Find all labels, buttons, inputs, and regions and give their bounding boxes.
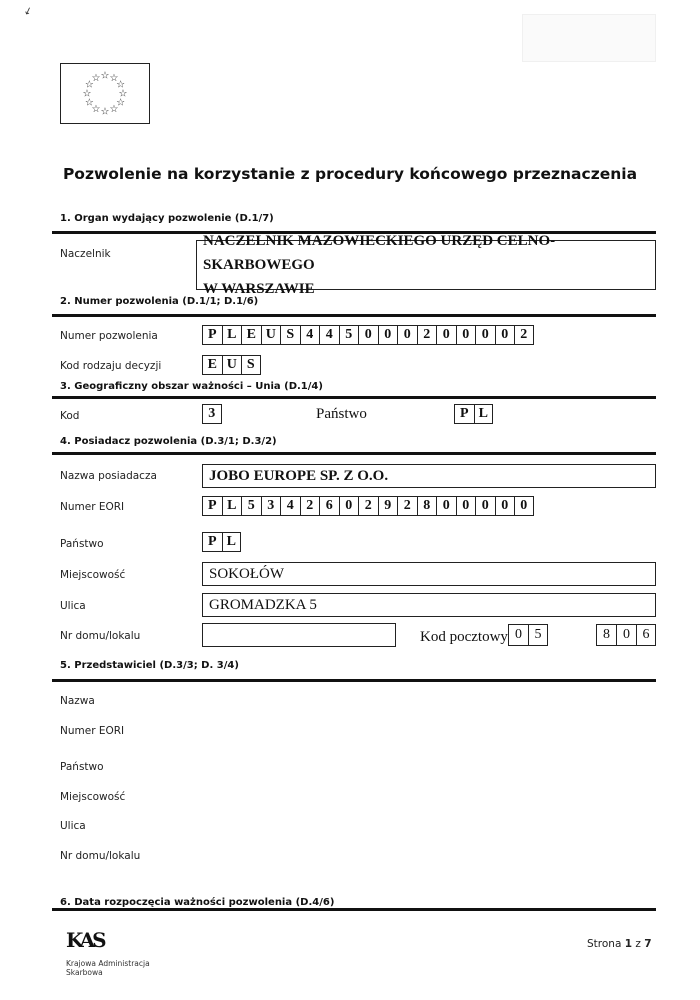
char-cell: 0 (616, 624, 636, 646)
kod-rodzaju-decyzji-field[interactable]: EUS (202, 355, 261, 375)
char-cell: 5 (339, 325, 359, 345)
char-cell: 0 (514, 496, 534, 516)
char-cell: 4 (300, 325, 320, 345)
char-cell: 2 (417, 325, 437, 345)
przedstawiciel-eori-label: Numer EORI (60, 725, 124, 737)
svg-text:☆: ☆ (101, 71, 110, 82)
miejscowosc-field[interactable]: SOKOŁÓW (202, 562, 656, 586)
char-cell: U (222, 355, 242, 375)
kas-logo-icon: KAS (66, 928, 106, 956)
naczelnik-label: Naczelnik (60, 248, 111, 260)
section-divider (52, 314, 656, 317)
char-cell: 0 (456, 325, 476, 345)
char-cell: 8 (417, 496, 437, 516)
numer-pozwolenia-label: Numer pozwolenia (60, 330, 158, 342)
char-cell: 0 (397, 325, 417, 345)
char-cell: P (202, 496, 222, 516)
section-divider (52, 396, 656, 399)
char-cell: S (280, 325, 300, 345)
kod-label: Kod (60, 410, 79, 422)
svg-text:☆: ☆ (101, 107, 110, 118)
page-current: 1 (625, 938, 632, 950)
char-cell: 0 (358, 325, 378, 345)
svg-text:☆: ☆ (92, 73, 101, 84)
char-cell: L (222, 532, 242, 552)
nazwa-posiadacza-label: Nazwa posiadacza (60, 470, 157, 482)
page-total: 7 (644, 938, 651, 950)
panstwo-posiadacza-label: Państwo (60, 538, 104, 550)
char-cell: 5 (241, 496, 261, 516)
przedstawiciel-nazwa-label: Nazwa (60, 695, 95, 707)
char-cell: 0 (339, 496, 359, 516)
char-cell: L (222, 496, 242, 516)
char-cell: E (241, 325, 261, 345)
char-cell: 3 (202, 404, 222, 424)
char-cell: 0 (495, 325, 515, 345)
kod-pocztowy-part1-field[interactable]: 05 (508, 624, 548, 646)
char-cell: L (474, 404, 494, 424)
kod-rodzaju-decyzji-label: Kod rodzaju decyzji (60, 360, 161, 372)
char-cell: 0 (436, 325, 456, 345)
section-3-heading: 3. Geograficzny obszar ważności – Unia (… (60, 381, 323, 392)
numer-pozwolenia-field[interactable]: PLEUS445000200002 (202, 325, 534, 345)
page-prefix: Strona (587, 938, 621, 950)
char-cell: 2 (397, 496, 417, 516)
eu-flag-icon: ☆☆☆☆☆☆☆☆☆☆☆☆ (60, 63, 150, 124)
char-cell: 6 (636, 624, 656, 646)
page-sep: z (635, 938, 641, 950)
scan-mark: ↙ (22, 5, 34, 18)
ulica-label: Ulica (60, 600, 86, 612)
przedstawiciel-nr-domu-label: Nr domu/lokalu (60, 850, 140, 862)
page-indicator: Strona 1 z 7 (587, 938, 652, 950)
section-2-heading: 2. Numer pozwolenia (D.1/1; D.1/6) (60, 296, 258, 307)
naczelnik-line1: NACZELNIK MAZOWIECKIEGO URZĘD CELNO-SKAR… (203, 229, 649, 277)
numer-eori-field[interactable]: PL534260292800000 (202, 496, 534, 516)
char-cell: 2 (514, 325, 534, 345)
section-divider (52, 679, 656, 682)
przedstawiciel-panstwo-label: Państwo (60, 761, 104, 773)
org-name-line2: Skarbowa (66, 968, 150, 977)
char-cell: 0 (495, 496, 515, 516)
char-cell: 9 (378, 496, 398, 516)
kod-field[interactable]: 3 (202, 404, 222, 424)
char-cell: U (261, 325, 281, 345)
char-cell: 4 (319, 325, 339, 345)
section-divider (52, 452, 656, 455)
section-1-heading: 1. Organ wydający pozwolenie (D.1/7) (60, 213, 274, 224)
panstwo-field[interactable]: PL (454, 404, 493, 424)
char-cell: P (202, 532, 222, 552)
char-cell: 0 (475, 496, 495, 516)
section-divider (52, 908, 656, 911)
page-title: Pozwolenie na korzystanie z procedury ko… (0, 165, 700, 183)
naczelnik-field[interactable]: NACZELNIK MAZOWIECKIEGO URZĘD CELNO-SKAR… (196, 240, 656, 290)
miejscowosc-label: Miejscowość (60, 569, 125, 581)
kod-pocztowy-part2-field[interactable]: 806 (596, 624, 656, 646)
char-cell: 0 (508, 624, 528, 646)
przedstawiciel-miejscowosc-label: Miejscowość (60, 791, 125, 803)
char-cell: 5 (528, 624, 548, 646)
nr-domu-label: Nr domu/lokalu (60, 630, 140, 642)
char-cell: 2 (358, 496, 378, 516)
section-5-heading: 5. Przedstawiciel (D.3/3; D. 3/4) (60, 660, 239, 671)
panstwo-label: Państwo (316, 406, 367, 423)
char-cell: 0 (378, 325, 398, 345)
ulica-field[interactable]: GROMADZKA 5 (202, 593, 656, 617)
svg-text:☆: ☆ (110, 104, 119, 115)
char-cell: 4 (280, 496, 300, 516)
char-cell: L (222, 325, 242, 345)
section-4-heading: 4. Posiadacz pozwolenia (D.3/1; D.3/2) (60, 436, 277, 447)
char-cell: P (202, 325, 222, 345)
przedstawiciel-ulica-label: Ulica (60, 820, 86, 832)
char-cell: 3 (261, 496, 281, 516)
org-name: Krajowa Administracja Skarbowa (66, 959, 150, 977)
org-name-line1: Krajowa Administracja (66, 959, 150, 968)
nazwa-posiadacza-field[interactable]: JOBO EUROPE SP. Z O.O. (202, 464, 656, 488)
kod-pocztowy-label: Kod pocztowy (420, 629, 508, 646)
char-cell: 0 (436, 496, 456, 516)
char-cell: 0 (475, 325, 495, 345)
char-cell: 6 (319, 496, 339, 516)
numer-eori-label: Numer EORI (60, 501, 124, 513)
section-6-heading: 6. Data rozpoczęcia ważności pozwolenia … (60, 897, 334, 908)
scan-artifact-box (522, 14, 656, 62)
char-cell: S (241, 355, 261, 375)
char-cell: E (202, 355, 222, 375)
nr-domu-field[interactable] (202, 623, 396, 647)
char-cell: P (454, 404, 474, 424)
char-cell: 2 (300, 496, 320, 516)
panstwo-posiadacza-field[interactable]: PL (202, 532, 241, 552)
char-cell: 0 (456, 496, 476, 516)
char-cell: 8 (596, 624, 616, 646)
